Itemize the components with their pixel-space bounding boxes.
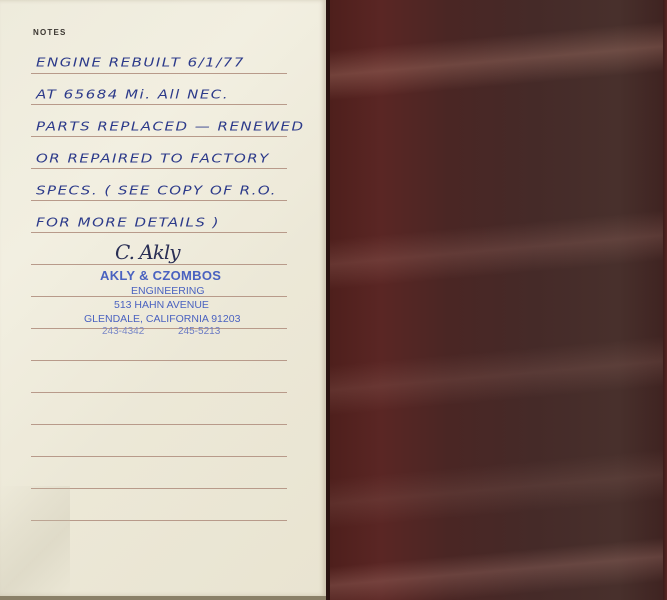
stamp-city: GLENDALE, CALIFORNIA 91203 [84, 313, 240, 325]
booklet-cover [328, 0, 667, 600]
handwritten-line: FOR MORE DETAILS ) [36, 215, 220, 230]
stamp-address: 513 HAHN AVENUE [114, 299, 209, 311]
notes-page: NOTES ENGINE REBUILT 6/1/77 AT 65684 Mi.… [0, 0, 326, 596]
stamp-company: AKLY & CZOMBOS [100, 268, 221, 283]
ruled-line [31, 73, 287, 74]
ruled-line [31, 520, 287, 521]
cover-edge [663, 0, 667, 600]
handwritten-line: OR REPAIRED TO FACTORY [36, 151, 270, 166]
ruled-line [31, 456, 287, 457]
ruled-line [31, 360, 287, 361]
handwritten-line: AT 65684 Mi. All NEC. [36, 87, 229, 102]
stamp-phone-2: 245-5213 [178, 326, 220, 337]
handwritten-line: ENGINE REBUILT 6/1/77 [36, 55, 245, 70]
handwritten-line: PARTS REPLACED — RENEWED [36, 119, 305, 134]
ruled-line [31, 392, 287, 393]
notes-header: NOTES [33, 28, 67, 37]
stamp-phone-1: 243-4342 [102, 326, 144, 337]
ruled-line [31, 168, 287, 169]
signature: C. Akly [115, 240, 180, 264]
ruled-line [31, 104, 287, 105]
ruled-line [31, 232, 287, 233]
ruled-line [31, 200, 287, 201]
ruled-line [31, 488, 287, 489]
ruled-line [31, 264, 287, 265]
ruled-line [31, 424, 287, 425]
ruled-line [31, 328, 287, 329]
stamp-division: ENGINEERING [131, 285, 205, 297]
handwritten-line: SPECS. ( SEE COPY OF R.O. [36, 183, 277, 198]
ruled-line [31, 136, 287, 137]
page-bottom-edge [0, 596, 326, 600]
